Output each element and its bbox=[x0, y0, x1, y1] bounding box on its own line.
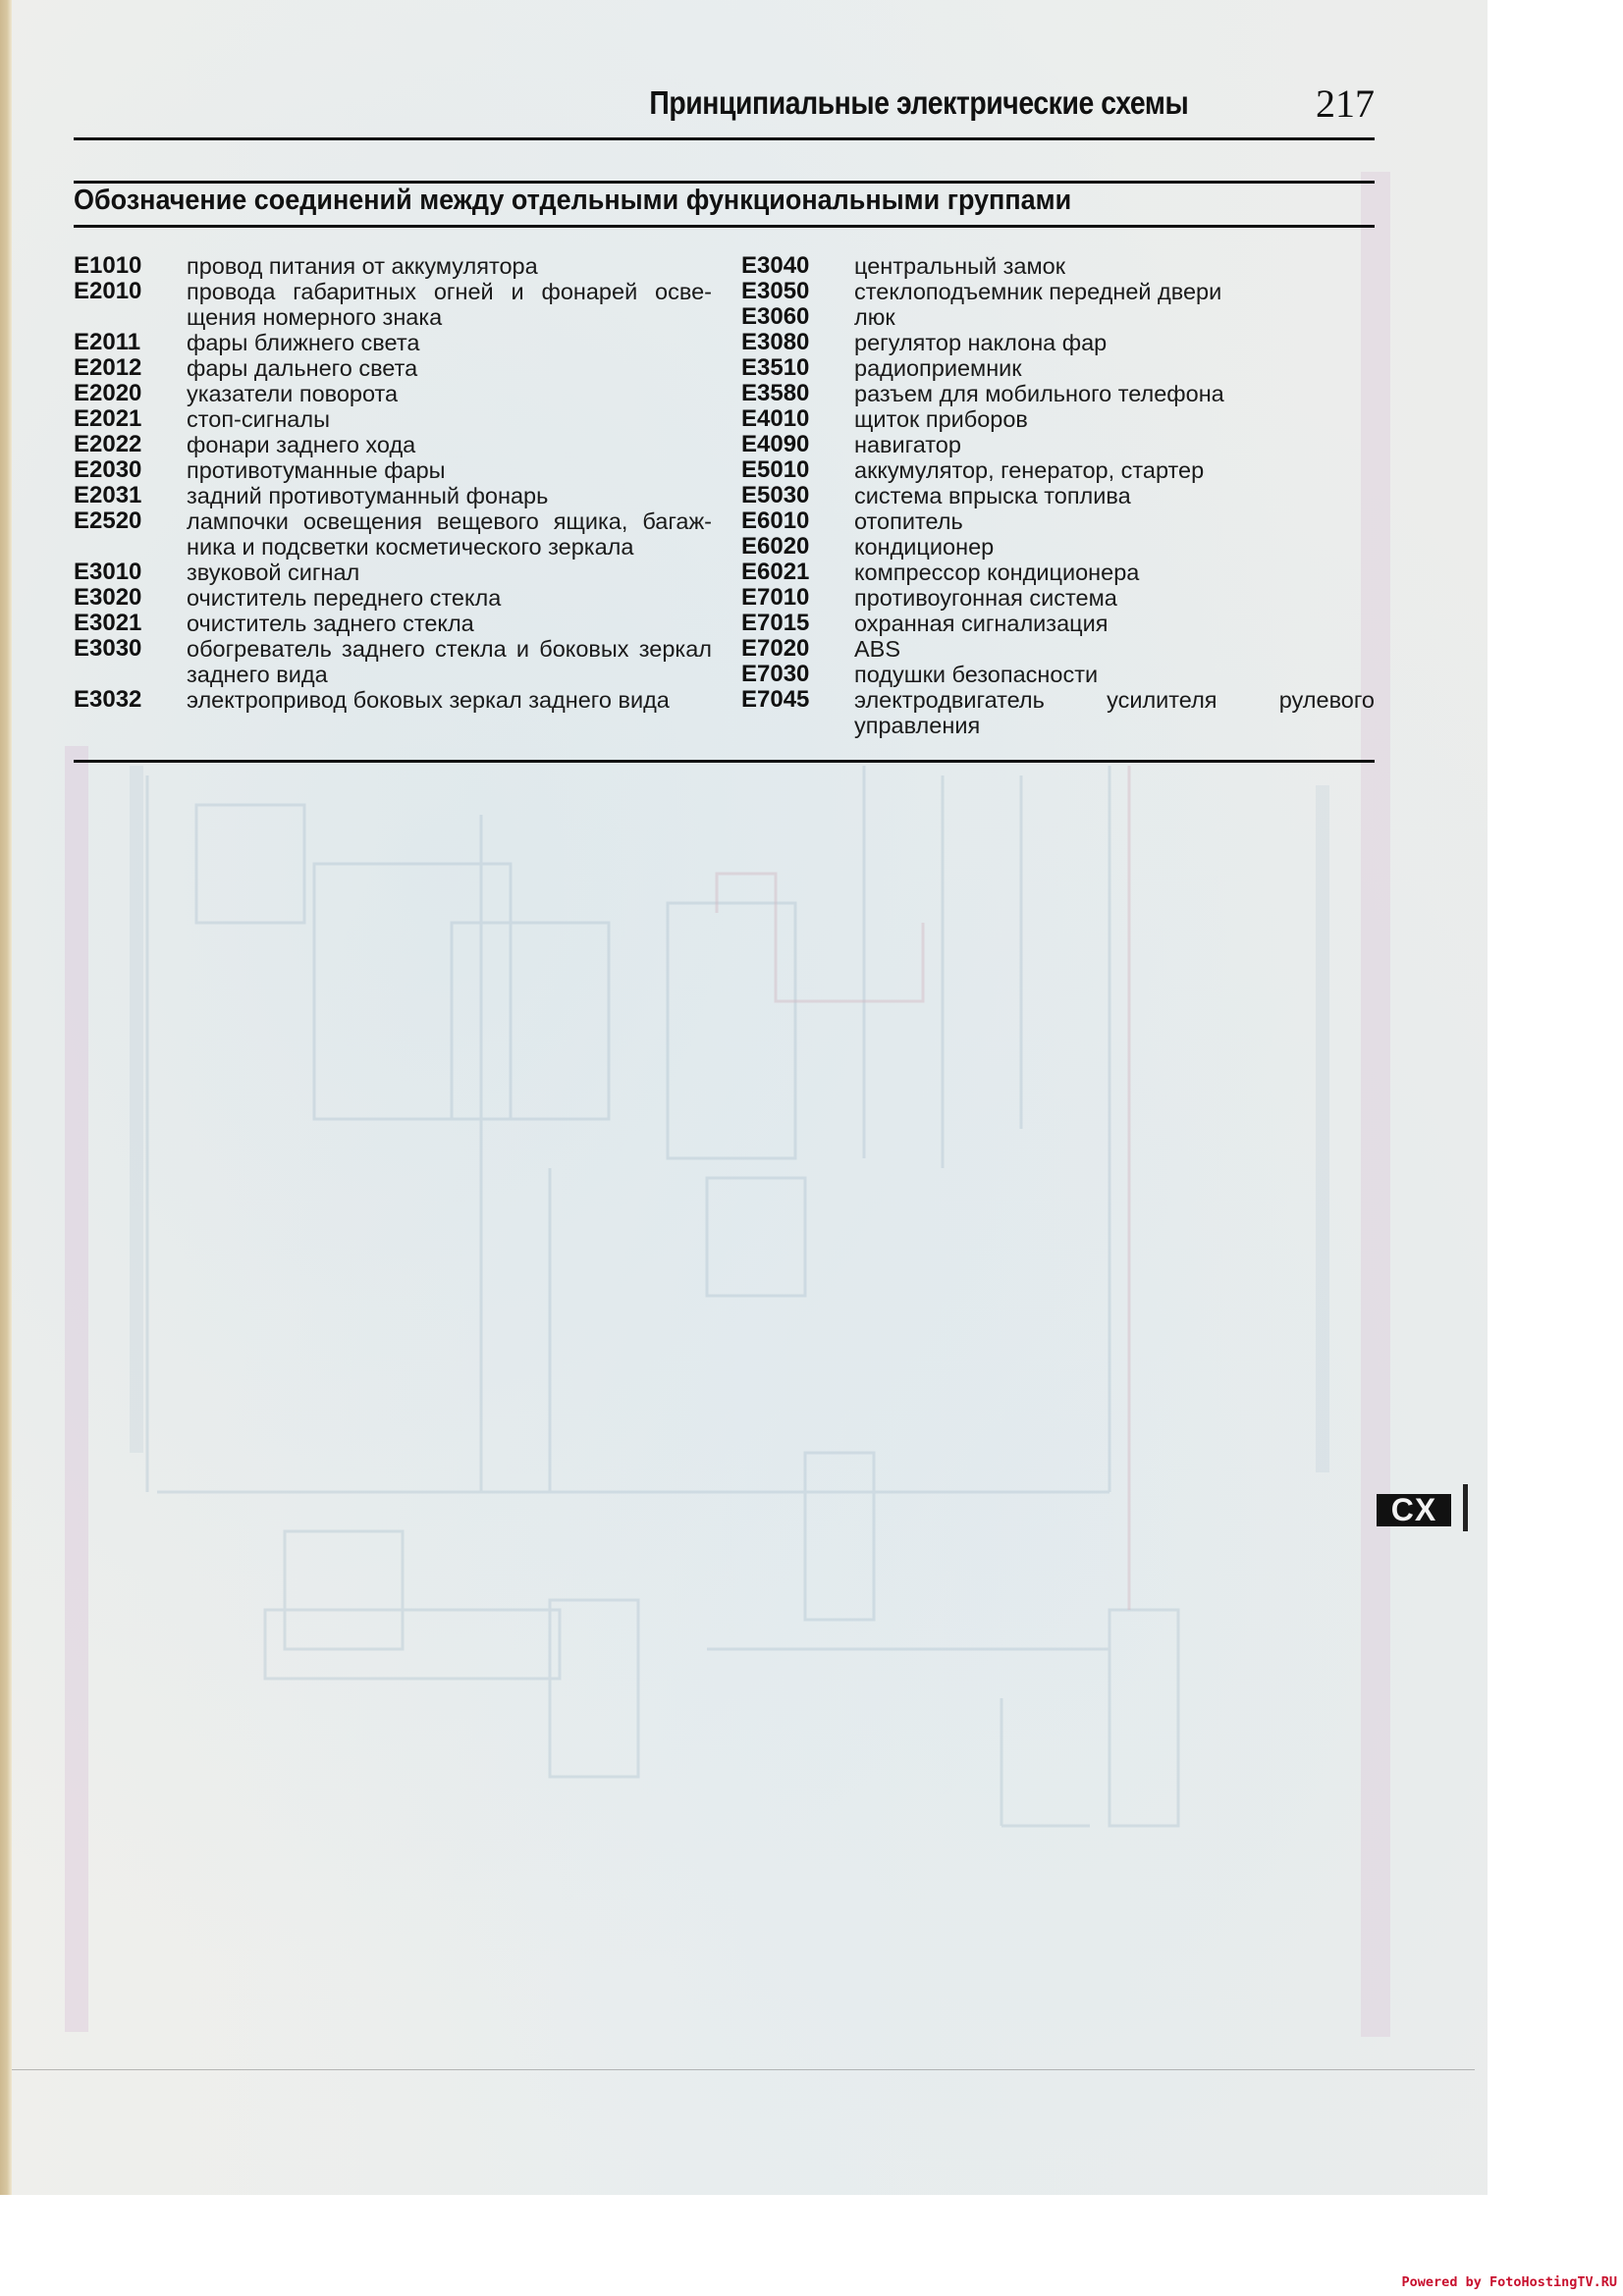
legend-entry: E3510радиоприемник bbox=[741, 355, 1375, 381]
connection-description: разъем для мобильного телефона bbox=[854, 381, 1375, 406]
connection-description: противоугонная система bbox=[854, 585, 1375, 611]
section-rule-top bbox=[74, 181, 1375, 184]
legend-entry: E3580разъем для мобильного телефона bbox=[741, 381, 1375, 406]
connection-description: щиток приборов bbox=[854, 406, 1375, 432]
legend-entry: E3060люк bbox=[741, 304, 1375, 330]
legend-entry: E3032электропривод боковых зеркал заднег… bbox=[74, 687, 712, 713]
connection-code: E3040 bbox=[741, 253, 854, 279]
connection-description: провода габаритных огней и фонарей осве-… bbox=[187, 279, 712, 330]
connection-description: фонари заднего хода bbox=[187, 432, 712, 457]
connection-description: стоп-​сигналы bbox=[187, 406, 712, 432]
connection-description: фары ближнего света bbox=[187, 330, 712, 355]
connection-code: E3032 bbox=[74, 687, 187, 713]
connection-code: E2012 bbox=[74, 355, 187, 381]
legend-entry: E5010аккумулятор, генератор, стартер bbox=[741, 457, 1375, 483]
legend-entry: E5030система впрыска топлива bbox=[741, 483, 1375, 508]
connection-code: E2520 bbox=[74, 508, 187, 534]
connection-description: ABS bbox=[854, 636, 1375, 662]
legend-entry: E3020очиститель переднего стекла bbox=[74, 585, 712, 611]
legend-entry: E7015охранная сигнализация bbox=[741, 611, 1375, 636]
section-heading: Обозначение соединений между отдельными … bbox=[74, 185, 1071, 217]
legend-entry: E1010провод питания от аккумулятора bbox=[74, 253, 712, 279]
connection-code: E3030 bbox=[74, 636, 187, 662]
legend-entry: E3010звуковой сигнал bbox=[74, 560, 712, 585]
connection-code: E2020 bbox=[74, 381, 187, 406]
connection-code: E3060 bbox=[741, 304, 854, 330]
connection-code: E2010 bbox=[74, 279, 187, 304]
connection-code: E3080 bbox=[741, 330, 854, 355]
connection-description: подушки безопасности bbox=[854, 662, 1375, 687]
legend-entry: E2022фонари заднего хода bbox=[74, 432, 712, 457]
connection-code: E2030 bbox=[74, 457, 187, 483]
legend-entry: E2010провода габаритных огней и фонарей … bbox=[74, 279, 712, 330]
connection-code: E2021 bbox=[74, 406, 187, 432]
legend-entry: E3040центральный замок bbox=[741, 253, 1375, 279]
legend-entry: E2031задний противотуманный фонарь bbox=[74, 483, 712, 508]
legend-entry: E6020кондиционер bbox=[741, 534, 1375, 560]
connection-code: E2031 bbox=[74, 483, 187, 508]
legend-entry: E7010противоугонная система bbox=[741, 585, 1375, 611]
connection-description: обогреватель заднего стекла и боковых зе… bbox=[187, 636, 712, 687]
connection-description: лампочки освещения вещевого ящика, багаж… bbox=[187, 508, 712, 560]
connection-description: охранная сигнализация bbox=[854, 611, 1375, 636]
legend-end-rule bbox=[74, 760, 1375, 763]
bottom-faint-rule bbox=[12, 2069, 1475, 2070]
legend-column-left: E1010провод питания от аккумулятораE2010… bbox=[74, 253, 712, 713]
legend-entry: E2520лампочки освещения вещевого ящика, … bbox=[74, 508, 712, 560]
connection-code: E3020 bbox=[74, 585, 187, 611]
connection-description: система впрыска топлива bbox=[854, 483, 1375, 508]
connection-code: E2022 bbox=[74, 432, 187, 457]
connection-description: аккумулятор, генератор, стартер bbox=[854, 457, 1375, 483]
connection-description: электропривод боковых зеркал заднего вид… bbox=[187, 687, 712, 713]
legend-entry: E3050стеклоподъемник передней двери bbox=[741, 279, 1375, 304]
connection-code: E6010 bbox=[741, 508, 854, 534]
connection-code: E6020 bbox=[741, 534, 854, 560]
connection-description: компрессор кондиционера bbox=[854, 560, 1375, 585]
connection-code: E7020 bbox=[741, 636, 854, 662]
legend-entry: E2011фары ближнего света bbox=[74, 330, 712, 355]
connection-code: E1010 bbox=[74, 253, 187, 279]
connection-description: электродвигатель усилителя рулевого упра… bbox=[854, 687, 1375, 738]
legend-entry: E2021стоп-​сигналы bbox=[74, 406, 712, 432]
legend-entry: E4010щиток приборов bbox=[741, 406, 1375, 432]
connection-description: навигатор bbox=[854, 432, 1375, 457]
thumb-tab-edge-mark bbox=[1463, 1484, 1468, 1531]
connection-description: указатели поворота bbox=[187, 381, 712, 406]
connection-description: фары дальнего света bbox=[187, 355, 712, 381]
legend-entry: E6021компрессор кондиционера bbox=[741, 560, 1375, 585]
legend-entry: E3080регулятор наклона фар bbox=[741, 330, 1375, 355]
connection-description: кондиционер bbox=[854, 534, 1375, 560]
legend-entry: E4090навигатор bbox=[741, 432, 1375, 457]
section-thumb-tab: CX bbox=[1377, 1494, 1451, 1526]
page-number: 217 bbox=[1316, 80, 1375, 127]
legend-entry: E6010отопитель bbox=[741, 508, 1375, 534]
connection-description: регулятор наклона фар bbox=[854, 330, 1375, 355]
connection-code: E6021 bbox=[741, 560, 854, 585]
legend-entry: E3030обогреватель заднего стекла и боков… bbox=[74, 636, 712, 687]
bleed-through-strip bbox=[65, 746, 88, 2032]
connection-description: люк bbox=[854, 304, 1375, 330]
scanned-page: Принципиальные электрические схемы 217 О… bbox=[0, 0, 1488, 2195]
connection-code: E3021 bbox=[74, 611, 187, 636]
connection-code: E7030 bbox=[741, 662, 854, 687]
legend-entry: E2020указатели поворота bbox=[74, 381, 712, 406]
connection-code: E3050 bbox=[741, 279, 854, 304]
running-title: Принципиальные электрические схемы bbox=[649, 84, 1188, 122]
connection-code: E2011 bbox=[74, 330, 187, 355]
connection-code: E3010 bbox=[74, 560, 187, 585]
connection-code: E4010 bbox=[741, 406, 854, 432]
connection-code: E3510 bbox=[741, 355, 854, 381]
connection-code: E3580 bbox=[741, 381, 854, 406]
connection-code: E7015 bbox=[741, 611, 854, 636]
header-rule bbox=[74, 137, 1375, 140]
connection-code: E5030 bbox=[741, 483, 854, 508]
connection-description: очиститель заднего стекла bbox=[187, 611, 712, 636]
legend-entry: E7045электродвигатель усилителя рулевого… bbox=[741, 687, 1375, 738]
connection-description: провод питания от аккумулятора bbox=[187, 253, 712, 279]
connection-description: отопитель bbox=[854, 508, 1375, 534]
legend-entry: E3021очиститель заднего стекла bbox=[74, 611, 712, 636]
connection-description: стеклоподъемник передней двери bbox=[854, 279, 1375, 304]
legend-entry: E2012фары дальнего света bbox=[74, 355, 712, 381]
connection-code: E4090 bbox=[741, 432, 854, 457]
legend-entry: E7030подушки безопасности bbox=[741, 662, 1375, 687]
connection-description: звуковой сигнал bbox=[187, 560, 712, 585]
connection-code: E7010 bbox=[741, 585, 854, 611]
connection-code: E5010 bbox=[741, 457, 854, 483]
legend-column-right: E3040центральный замокE3050стеклоподъемн… bbox=[741, 253, 1375, 738]
connection-code: E7045 bbox=[741, 687, 854, 713]
legend-entry: E2030противотуманные фары bbox=[74, 457, 712, 483]
connection-description: задний противотуманный фонарь bbox=[187, 483, 712, 508]
hosting-watermark: Powered by FotoHostingTV.RU bbox=[1402, 2274, 1617, 2290]
section-rule-bottom bbox=[74, 225, 1375, 228]
connection-description: противотуманные фары bbox=[187, 457, 712, 483]
legend-entry: E7020ABS bbox=[741, 636, 1375, 662]
connection-description: радиоприемник bbox=[854, 355, 1375, 381]
connection-description: центральный замок bbox=[854, 253, 1375, 279]
connection-description: очиститель переднего стекла bbox=[187, 585, 712, 611]
